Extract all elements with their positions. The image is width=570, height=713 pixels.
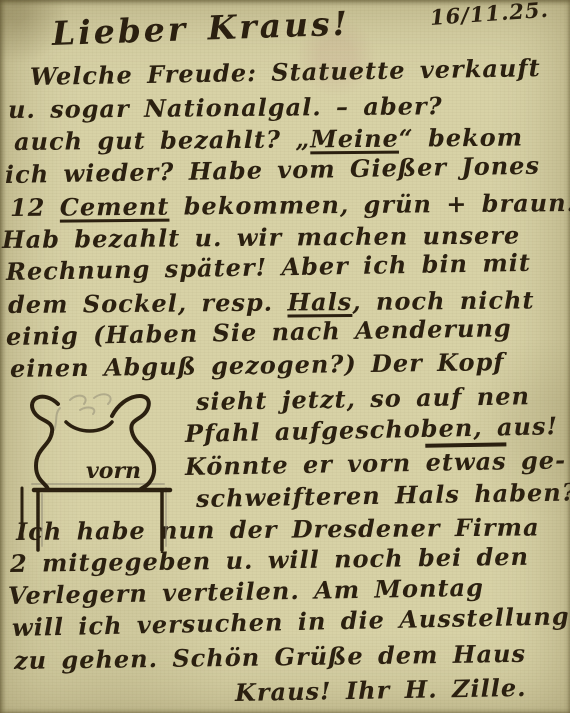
text-segment: schweifteren Hals haben? [196,477,570,513]
text-segment: dem Sockel, resp. [8,288,288,319]
text-segment: auch gut bezahlt? „ [14,124,310,156]
letter-line: schweifteren Hals haben? [196,477,570,513]
text-segment: u. sogar Nationalgal. – aber? [8,91,443,124]
text-segment: sieht jetzt, so auf nen [196,381,530,416]
text-segment: ge- [506,445,566,475]
underlined-word: Hals [287,287,352,317]
text-segment: Rechnung später! Aber ich bin mit [6,248,531,286]
text-segment: Kraus! Ihr H. Zille. [235,673,527,707]
text-segment: Pfahl aufgeschoben, aus! [185,411,559,448]
underlined-word: Meine [310,124,399,154]
text-segment: Welche Freude: Statuette verkauft [30,53,541,91]
handwritten-letter-scan: 16/11.25. Lieber Kraus! Welche Freude: S… [0,0,570,713]
letter-line: Könnte er vorn etwas ge- [185,445,567,481]
letter-line: 12 Cement bekommen, grün + braun. [10,188,570,222]
letter-line: einen Abguß gezogen?) Der Kopf [10,347,505,383]
letter-salutation: Lieber Kraus! [51,4,350,53]
letter-line: zu gehen. Schön Grüße dem Haus [14,639,526,675]
letter-line: auch gut bezahlt? „Meine“ bekom [14,123,523,156]
text-segment: ich wieder? Habe vom Gießer Jones [5,151,540,189]
text-segment: 12 [10,193,60,222]
letter-line: ich wieder? Habe vom Gießer Jones [5,151,540,189]
letter-line: einig (Haben Sie nach Aenderung [6,313,512,351]
text-segment: einen Abguß gezogen?) Der Kopf [10,347,505,383]
letter-line: Kraus! Ihr H. Zille. [235,673,527,707]
text-segment: zu gehen. Schön Grüße dem Haus [14,639,526,675]
underlined-word: Cement [60,192,170,222]
text-segment: einig (Haben Sie nach Aenderung [6,313,512,351]
text-segment: , noch nicht [352,285,535,316]
text-segment: bekommen, grün + braun. [169,188,570,221]
letter-line: Rechnung später! Aber ich bin mit [6,248,531,286]
bust-sketch: vorn [14,388,186,560]
text-segment: “ bekom [399,123,523,153]
letter-line: u. sogar Nationalgal. – aber? [8,91,443,124]
text-segment: Könnte er vorn [185,448,426,481]
letter-line: Welche Freude: Statuette verkauft [30,53,541,91]
overstruck-word: etwas [425,446,507,476]
letter-line: sieht jetzt, so auf nen [196,381,530,416]
letter-date: 16/11.25. [429,0,549,30]
letter-line: Pfahl aufgeschoben, aus! [185,411,559,448]
sketch-label-vorn: vorn [86,458,141,484]
